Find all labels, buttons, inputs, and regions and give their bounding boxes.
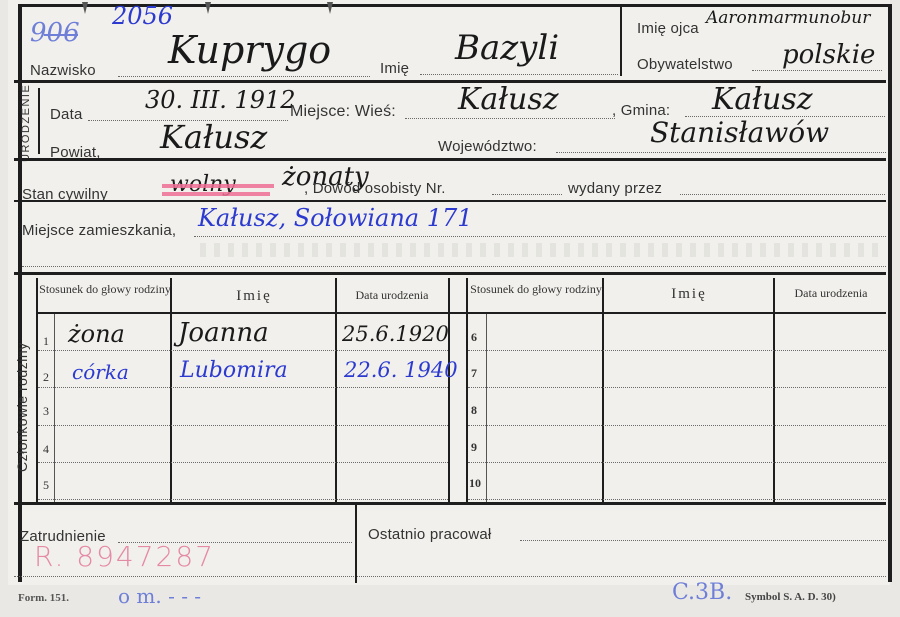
residence-value[interactable]: Kałusz, Sołowiana 171: [198, 204, 473, 232]
col-line: [466, 278, 468, 502]
row-number: 7: [471, 366, 477, 381]
birth-place-value[interactable]: Kałusz: [458, 82, 559, 117]
old-number: 906: [30, 18, 80, 48]
strikethrough-mark: [162, 192, 270, 196]
citizenship-value[interactable]: polskie: [782, 40, 875, 70]
col-line: [54, 314, 55, 502]
residence-label: Miejsce zamieszkania,: [22, 222, 176, 239]
bleed-through-text: [200, 243, 880, 257]
col-header-name-right: Imię: [604, 286, 774, 303]
row-number: 4: [43, 442, 49, 457]
id-card-line: [492, 194, 562, 195]
col-header-relation-right: Stosunek do głowy rodziny: [470, 282, 602, 296]
row-line: [468, 425, 886, 426]
family-name-1[interactable]: Joanna: [178, 318, 269, 348]
last-worked-line: [520, 540, 886, 541]
col-line: [170, 278, 172, 502]
voivodeship-line: [556, 152, 886, 153]
row-number: 1: [43, 334, 49, 349]
surname-line: [118, 76, 370, 77]
family-name-2[interactable]: Lubomira: [180, 358, 288, 383]
residence-line-2: [22, 266, 886, 267]
col-header-relation-left: Stosunek do głowy rodziny: [38, 282, 172, 296]
father-name-label: Imię ojca: [637, 20, 699, 37]
section-rule: [14, 502, 886, 505]
surname-label: Nazwisko: [30, 62, 96, 79]
birth-place-label: Miejsce: Wieś:: [290, 103, 396, 121]
col-header-dob-left: Data urodzenia: [336, 288, 448, 303]
row-line: [38, 387, 448, 388]
first-name-value[interactable]: Bazyli: [455, 28, 559, 68]
col-line: [602, 278, 604, 502]
family-relation-1[interactable]: żona: [68, 320, 125, 348]
family-dob-1[interactable]: 25.6.1920: [342, 322, 449, 346]
employment-divider: [355, 505, 357, 583]
section-rule: [14, 272, 886, 275]
section-rule: [14, 158, 886, 161]
first-name-line: [420, 74, 618, 75]
family-relation-2[interactable]: córka: [72, 360, 129, 384]
citizenship-label: Obywatelstwo: [637, 56, 733, 73]
birth-date-value[interactable]: 30. III. 1912: [145, 86, 296, 114]
handwritten-note: o m. - - -: [118, 584, 201, 608]
row-number: 3: [43, 404, 49, 419]
voivodeship-value[interactable]: Stanisławów: [650, 116, 829, 149]
surname-value[interactable]: Kuprygo: [168, 28, 331, 72]
residence-line: [194, 236, 886, 237]
last-worked-label: Ostatnio pracował: [368, 526, 491, 543]
row-number: 9: [471, 440, 477, 455]
row-number: 6: [471, 330, 477, 345]
old-number-strike: [44, 34, 78, 36]
birth-date-label: Data: [50, 106, 83, 123]
employment-stamp: R. 8947287: [34, 540, 215, 573]
county-value[interactable]: Kałusz: [160, 118, 267, 156]
id-card-label: , Dowód osobisty Nr.: [304, 180, 446, 197]
commune-value[interactable]: Kałusz: [712, 82, 813, 117]
strikethrough-mark: [162, 184, 274, 188]
col-line: [486, 314, 487, 502]
col-header-name-left: Imię: [172, 288, 336, 305]
row-line: [38, 499, 448, 500]
col-header-dob-right: Data urodzenia: [776, 286, 886, 301]
issued-by-line: [680, 194, 885, 195]
row-line: [468, 350, 886, 351]
row-number: 2: [43, 370, 49, 385]
father-name-value[interactable]: Aaronmarmunobur: [706, 8, 870, 28]
row-line: [468, 462, 886, 463]
row-line: [38, 425, 448, 426]
citizenship-line: [752, 70, 882, 71]
col-line: [448, 278, 450, 502]
birth-section-divider: [38, 88, 40, 154]
family-dob-2[interactable]: 22.6. 1940: [344, 358, 458, 382]
voivodeship-label: Województwo:: [438, 138, 537, 155]
employment-line-2: [14, 576, 886, 577]
row-line: [468, 387, 886, 388]
initials: C.3B.: [672, 580, 732, 605]
form-number: Form. 151.: [18, 592, 69, 604]
symbol-code: Symbol S. A. D. 30): [745, 591, 836, 603]
new-number: 2056: [112, 2, 173, 30]
section-rule: [14, 200, 886, 202]
issued-by-label: wydany przez: [568, 180, 662, 197]
row-number: 8: [471, 403, 477, 418]
row-number: 10: [469, 476, 481, 491]
family-section-label: Członkowie rodziny: [14, 342, 30, 472]
birth-place-line: [405, 118, 615, 119]
col-line: [773, 278, 775, 502]
row-line: [38, 462, 448, 463]
row-number: 5: [43, 478, 49, 493]
col-line: [335, 278, 337, 502]
header-divider: [620, 6, 622, 76]
row-line: [468, 499, 886, 500]
first-name-label: Imię: [380, 60, 409, 77]
row-line: [38, 350, 448, 351]
birth-section-label: URODZENIE: [20, 84, 32, 162]
table-header-rule: [38, 312, 886, 314]
